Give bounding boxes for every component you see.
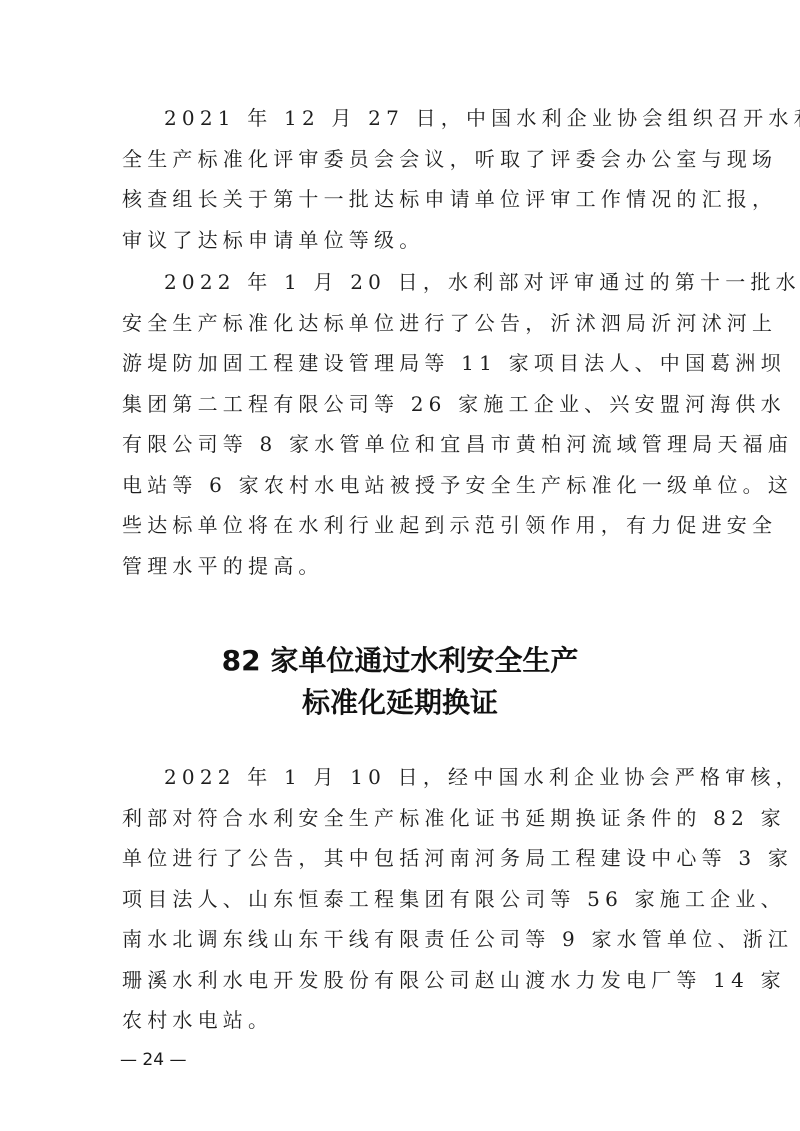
paragraph-line: 南水北调东线山东干线有限责任公司等 9 家水管单位、浙江	[122, 919, 682, 960]
paragraph-line: 游堤防加固工程建设管理局等 11 家项目法人、中国葛洲坝	[122, 343, 682, 384]
paragraph-line: 电站等 6 家农村水电站被授予安全生产标准化一级单位。这	[122, 465, 682, 506]
section-heading-line-1: 82 家单位通过水利安全生产	[0, 640, 800, 682]
paragraph-line: 项目法人、山东恒泰工程集团有限公司等 56 家施工企业、	[122, 879, 682, 920]
paragraph-line: 些达标单位将在水利行业起到示范引领作用，有力促进安全	[122, 505, 682, 546]
paragraph-line: 2021 年 12 月 27 日，中国水利企业协会组织召开水利安	[122, 98, 682, 139]
paragraph-line: 农村水电站。	[122, 1000, 682, 1041]
paragraph-line: 2022 年 1 月 20 日，水利部对评审通过的第十一批水利	[122, 262, 682, 303]
paragraph-announcement: 2022 年 1 月 20 日，水利部对评审通过的第十一批水利 安全生产标准化达…	[122, 262, 682, 586]
paragraph-certificate-renewal: 2022 年 1 月 10 日，经中国水利企业协会严格审核，水 利部对符合水利安…	[122, 757, 682, 1041]
paragraph-line: 有限公司等 8 家水管单位和宜昌市黄柏河流域管理局天福庙	[122, 424, 682, 465]
paragraph-line: 集团第二工程有限公司等 26 家施工企业、兴安盟河海供水	[122, 384, 682, 425]
paragraph-line: 利部对符合水利安全生产标准化证书延期换证条件的 82 家	[122, 798, 682, 839]
paragraph-line: 安全生产标准化达标单位进行了公告，沂沭泗局沂河沭河上	[122, 303, 682, 344]
paragraph-line: 管理水平的提高。	[122, 546, 682, 587]
paragraph-line: 珊溪水利水电开发股份有限公司赵山渡水力发电厂等 14 家	[122, 960, 682, 1001]
section-heading: 82 家单位通过水利安全生产 标准化延期换证	[0, 640, 800, 724]
paragraph-line: 单位进行了公告，其中包括河南河务局工程建设中心等 3 家	[122, 838, 682, 879]
paragraph-review-meeting: 2021 年 12 月 27 日，中国水利企业协会组织召开水利安 全生产标准化评…	[122, 98, 682, 260]
page-number: — 24 —	[120, 1050, 186, 1070]
document-page: 2021 年 12 月 27 日，中国水利企业协会组织召开水利安 全生产标准化评…	[0, 0, 800, 1131]
paragraph-line: 核查组长关于第十一批达标申请单位评审工作情况的汇报，	[122, 179, 682, 220]
paragraph-line: 全生产标准化评审委员会会议，听取了评委会办公室与现场	[122, 139, 682, 180]
section-heading-line-2: 标准化延期换证	[0, 682, 800, 724]
paragraph-line: 2022 年 1 月 10 日，经中国水利企业协会严格审核，水	[122, 757, 682, 798]
paragraph-line: 审议了达标申请单位等级。	[122, 220, 682, 261]
